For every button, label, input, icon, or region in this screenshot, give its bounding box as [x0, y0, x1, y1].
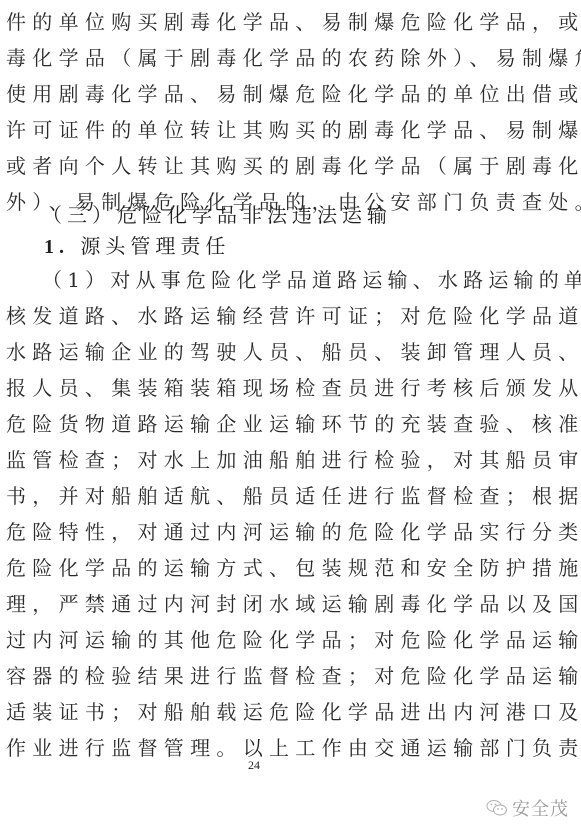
wechat-icon	[486, 799, 508, 817]
body-line: 许可证件的单位转让其购买的剧毒化学品、易制爆危险化学品，	[6, 112, 516, 148]
body-line: 毒化学品（属于剧毒化学品的农药除外）、易制爆危险化学品的；	[6, 40, 516, 76]
body-line: 容器的检验结果进行监督检查；对危险化学品运输船舶审查核发	[6, 658, 516, 694]
body-line: 使用剧毒化学品、易制爆危险化学品的单位出借或向不具有相关	[6, 76, 516, 112]
body-line: 件的单位购买剧毒化学品、易制爆危险化学品，或者个人购买剧	[6, 4, 516, 40]
body-line: 危险货物道路运输企业运输环节的充装查验、核准、记录等进行	[6, 406, 516, 442]
subsection-number: 1.	[44, 236, 69, 258]
body-line: 核发道路、水路运输经营许可证；对危险化学品道路运输企业、	[6, 298, 516, 334]
subsection-heading: 1. 源头管理责任	[44, 228, 230, 265]
watermark-text: 安全茂	[512, 795, 569, 821]
body-line: 危险化学品的运输方式、包装规范和安全防护措施等实施监督管	[6, 550, 516, 586]
page-number: 24	[248, 758, 260, 773]
body-line: 或者向个人转让其购买的剧毒化学品（属于剧毒化学品的农药除	[6, 148, 516, 184]
body-line: 报人员、集装箱装箱现场检查员进行考核后颁发从业资格证；对	[6, 370, 516, 406]
document-page: 件的单位购买剧毒化学品、易制爆危险化学品，或者个人购买剧 毒化学品（属于剧毒化学…	[0, 0, 581, 828]
body-line: 过内河运输的其他危险化学品；对危险化学品运输船舶及其配载	[6, 622, 516, 658]
watermark: 安全茂	[486, 795, 569, 821]
body-line: 危险特性，对通过内河运输的危险化学品实行分类管理，对各类	[6, 514, 516, 550]
body-line: （1）对从事危险化学品道路运输、水路运输的单位，审查	[42, 262, 552, 298]
body-line: 理，严禁通过内河封闭水域运输剧毒化学品以及国家规定禁止通	[6, 586, 516, 622]
subsection-title: 源头管理责任	[80, 234, 230, 258]
body-line: 书，并对船舶适航、船员适任进行监督检查；根据危险化学品的	[6, 478, 516, 514]
body-line: 监管检查；对水上加油船舶进行检验，对其船员审查核发船员证	[6, 442, 516, 478]
body-line: 作业进行监督管理。以上工作由交通运输部门负责。	[6, 730, 516, 766]
body-line: 适装证书；对船舶载运危险化学品进出内河港口及其装卸、过驳	[6, 694, 516, 730]
body-line: 水路运输企业的驾驶人员、船员、装卸管理人员、押运人员、申	[6, 334, 516, 370]
